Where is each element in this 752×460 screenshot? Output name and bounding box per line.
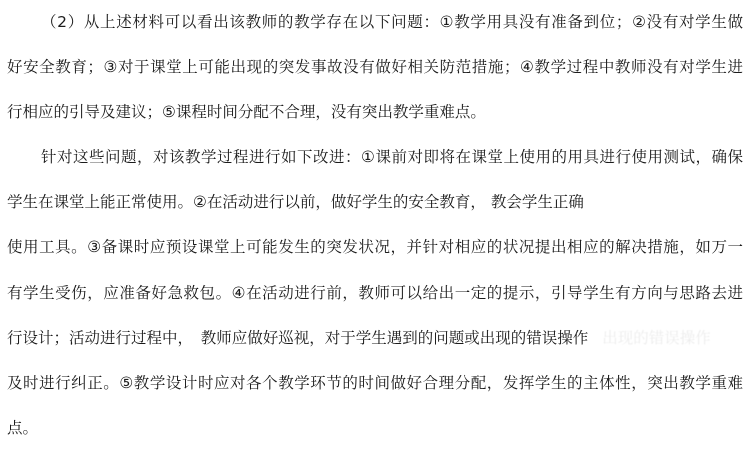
text-line: 点。: [7, 406, 743, 451]
text-line: 行相应的引导及建议；⑤课程时间分配不合理，没有突出教学重难点。: [7, 90, 743, 135]
line-text: 行设计；活动进行过程中， 教师应做好巡视，对于学生遇到的问题或出现的错误操作: [7, 329, 588, 347]
line-text: 使用工具。③备课时应预设课堂上可能发生的突发状况，并针对相应的状况提出相应的解决…: [7, 238, 743, 256]
page: （2）从上述材料可以看出该教师的教学存在以下问题：①教学用具没有准备到位；②没有…: [0, 0, 752, 460]
text-line: 好安全教育；③对于课堂上可能出现的突发事故没有做好相关防范措施；④教学过程中教师…: [7, 45, 743, 90]
line-text: 行相应的引导及建议；⑤课程时间分配不合理，没有突出教学重难点。: [7, 103, 486, 121]
text-line: 针对这些问题，对该教学过程进行如下改进：①课前对即将在课堂上使用的用具进行使用测…: [7, 135, 743, 180]
line-text: 及时进行纠正。⑤教学设计时应对各个教学环节的时间做好合理分配，发挥学生的主体性，…: [7, 374, 743, 392]
text-line: 学生在课堂上能正常使用。②在活动进行以前，做好学生的安全教育， 教会学生正确教会…: [7, 180, 743, 225]
text-line: 使用工具。③备课时应预设课堂上可能发生的突发状况，并针对相应的状况提出相应的解决…: [7, 225, 743, 270]
text-line: 有学生受伤，应准备好急救包。④在活动进行前，教师可以给出一定的提示，引导学生有方…: [7, 271, 743, 316]
text-line: （2）从上述材料可以看出该教师的教学存在以下问题：①教学用具没有准备到位；②没有…: [7, 0, 743, 45]
document-body: （2）从上述材料可以看出该教师的教学存在以下问题：①教学用具没有准备到位；②没有…: [0, 0, 752, 451]
line-text: （2）从上述材料可以看出该教师的教学存在以下问题：①教学用具没有准备到位；②没有…: [41, 13, 743, 31]
line-text: 针对这些问题，对该教学过程进行如下改进：①课前对即将在课堂上使用的用具进行使用测…: [41, 148, 743, 166]
line-text: 学生在课堂上能正常使用。②在活动进行以前，做好学生的安全教育， 教会学生正确: [7, 193, 584, 211]
text-line: 及时进行纠正。⑤教学设计时应对各个教学环节的时间做好合理分配，发挥学生的主体性，…: [7, 361, 743, 406]
line-text: 好安全教育；③对于课堂上可能出现的突发事故没有做好相关防范措施；④教学过程中教师…: [7, 58, 743, 76]
erased-text-artifact: 出现的错误操作: [602, 329, 711, 347]
text-line: 行设计；活动进行过程中， 教师应做好巡视，对于学生遇到的问题或出现的错误操作出现…: [7, 316, 743, 361]
line-text: 有学生受伤，应准备好急救包。④在活动进行前，教师可以给出一定的提示，引导学生有方…: [7, 284, 743, 302]
line-text: 点。: [7, 419, 38, 437]
